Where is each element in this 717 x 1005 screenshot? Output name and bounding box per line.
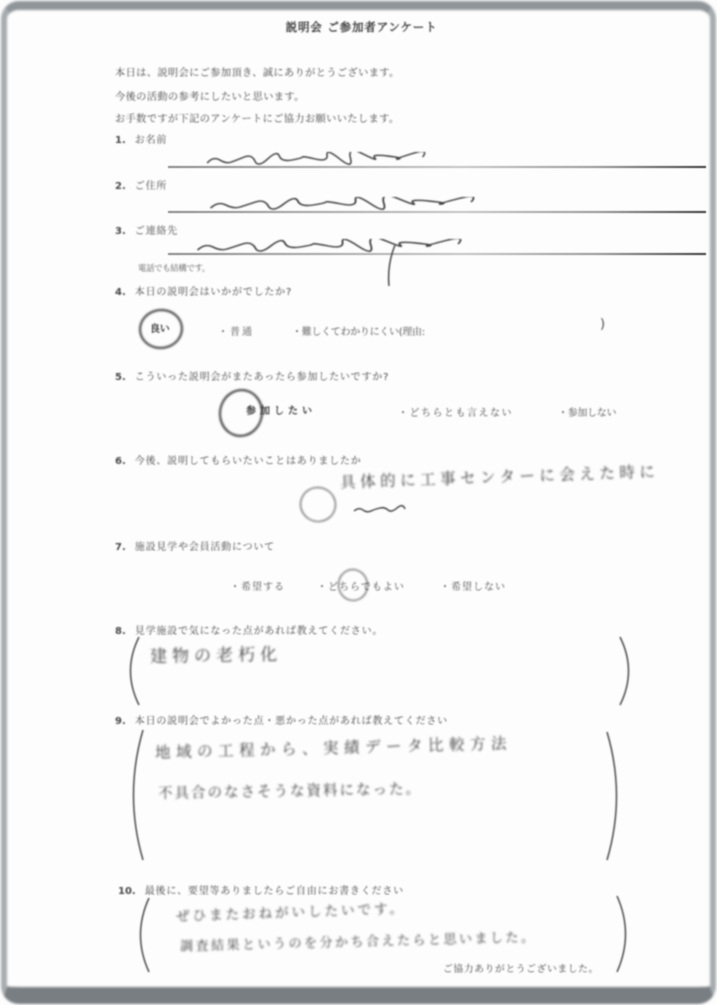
handwritten-name-scribble	[205, 152, 430, 170]
question-9: 9.本日の説明会でよかった点・悪かった点があれば教えてください	[115, 712, 448, 727]
question-6-handwritten-answer: 具体的に工事センターに会えた時に	[340, 459, 660, 492]
question-5-selected-option: 参加したい	[246, 402, 316, 417]
question-7-label: 施設見学や会員活動について	[135, 542, 275, 553]
handwritten-mark-circle-q6	[296, 483, 339, 526]
question-5-option: ・どちらとも言えない	[398, 404, 513, 419]
question-10-handwritten-line: ぜひまたおねがいしたいです。	[176, 897, 406, 925]
question-7-option: ・希望する	[230, 578, 285, 593]
question-3-note: 電話でも結構です。	[138, 262, 210, 274]
big-paren-left-q9	[122, 728, 146, 862]
question-7-option: ・希望しない	[440, 578, 506, 593]
handwriting-stroke	[384, 245, 398, 287]
question-8-label: 見学施設で気になった点があれば教えてください。	[135, 626, 383, 637]
question-1-label: お名前	[135, 135, 167, 146]
page-title: 説明会 ご参加者アンケート	[286, 19, 438, 35]
question-2: 2.ご住所	[115, 177, 167, 192]
question-4-selected-option: 良い	[150, 320, 169, 335]
handwritten-address-scribble	[208, 197, 480, 215]
question-9-label: 本日の説明会でよかった点・悪かった点があれば教えてください	[135, 716, 448, 727]
question-10-label: 最後に、要望等ありましたらご自由にお書きください	[145, 886, 404, 897]
question-3: 3.ご連絡先	[115, 222, 178, 237]
intro-line: 今後の活動の参考にしたいと思います。	[115, 88, 305, 103]
intro-line: お手数ですが下記のアンケートにご協力お願いいたします。	[115, 110, 399, 125]
question-6: 6.今後、説明してもらいたいことはありましたか	[115, 452, 362, 467]
handwritten-contact-scribble	[195, 239, 467, 257]
question-5-option: ・参加しない	[558, 404, 616, 419]
big-paren-left-q10	[130, 896, 152, 974]
question-2-number: 2.	[115, 181, 126, 192]
question-10-handwritten-line: 調査結果というのを分かち合えたらと思いました。	[180, 926, 537, 954]
question-7: 7.施設見学や会員活動について	[115, 538, 275, 553]
handwriting-small-note	[352, 505, 407, 515]
big-paren-right-q8	[617, 635, 639, 707]
question-1-number: 1.	[115, 135, 126, 146]
question-3-label: ご連絡先	[135, 226, 178, 237]
question-2-label: ご住所	[135, 181, 167, 192]
question-4-option: ・難しくてわかりにくい(理由:	[292, 323, 425, 338]
big-paren-right-q9	[604, 730, 628, 862]
question-9-handwritten-line: 地域の工程から、実績データ比較方法	[155, 731, 512, 762]
question-4-label: 本日の説明会はいかがでしたか?	[135, 287, 292, 298]
intro-line: 本日は、説明会にご参加頂き、誠にありがとうございます。	[115, 64, 400, 79]
question-5: 5.こういった説明会がまたあったら参加したいですか?	[115, 368, 389, 383]
big-paren-right-q10	[614, 894, 636, 974]
question-9-number: 9.	[115, 716, 126, 727]
question-8-handwritten-answer: 建物の老朽化	[150, 640, 282, 667]
question-6-number: 6.	[115, 456, 126, 467]
question-4-option: ・普通	[218, 323, 254, 338]
question-10: 10.最後に、要望等ありましたらご自由にお書きください	[118, 882, 404, 897]
closing-thanks: ご協力ありがとうございました。	[443, 961, 599, 975]
question-8: 8.見学施設で気になった点があれば教えてください。	[115, 622, 383, 637]
question-7-number: 7.	[115, 542, 126, 553]
question-4-option-close-paren: )	[600, 317, 605, 332]
hand-drawn-selection-circle-q7	[336, 567, 370, 603]
question-5-label: こういった説明会がまたあったら参加したいですか?	[135, 372, 389, 383]
question-5-number: 5.	[115, 372, 126, 383]
scanned-questionnaire-page: 説明会 ご参加者アンケート 本日は、説明会にご参加頂き、誠にありがとうございます…	[0, 0, 717, 1005]
question-9-handwritten-line: 不具合のなさそうな資料になった。	[158, 778, 422, 804]
question-4-number: 4.	[115, 287, 126, 298]
question-3-number: 3.	[115, 226, 126, 237]
question-1: 1.お名前	[115, 131, 167, 146]
question-4: 4.本日の説明会はいかがでしたか?	[115, 283, 292, 298]
question-6-label: 今後、説明してもらいたいことはありましたか	[135, 456, 362, 467]
big-paren-left-q8	[120, 635, 142, 707]
